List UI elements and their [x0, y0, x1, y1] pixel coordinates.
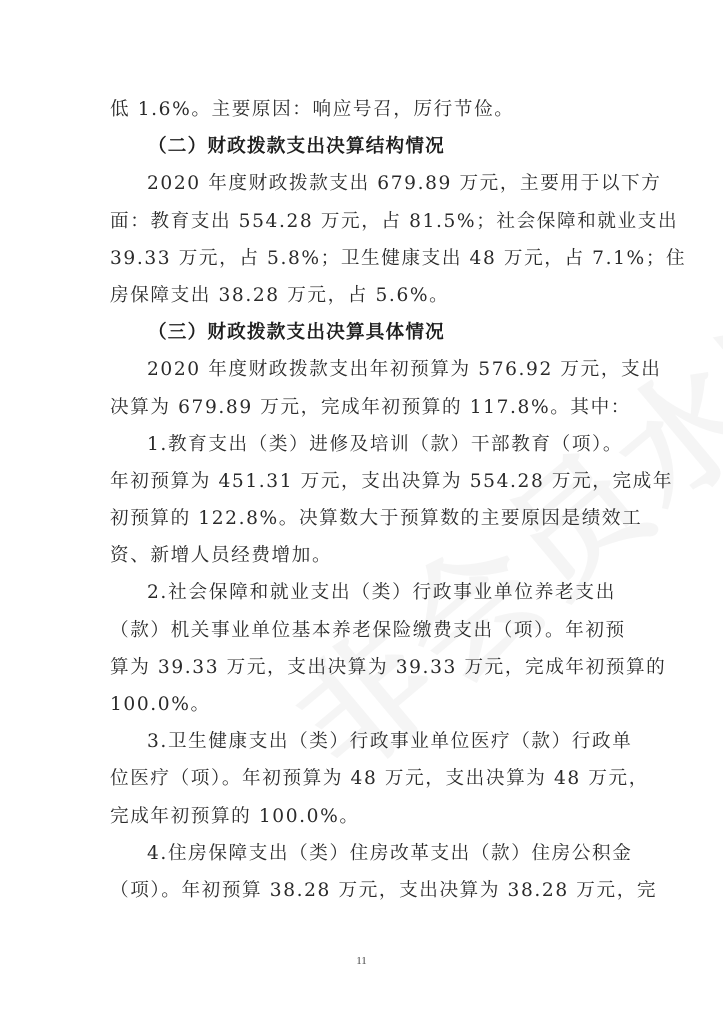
section-heading-details: （三）财政拨款支出决算具体情况 [110, 314, 616, 351]
paragraph-line: 决算为 679.89 万元，完成年初预算的 117.8%。其中： [110, 389, 616, 426]
paragraph-line: 房保障支出 38.28 万元，占 5.6%。 [110, 277, 616, 314]
paragraph-line: 初预算的 122.8%。决算数大于预算数的主要原因是绩效工 [110, 500, 616, 537]
paragraph-line: 100.0%。 [110, 686, 616, 723]
paragraph-line: 2020 年度财政拨款支出 679.89 万元，主要用于以下方 [110, 165, 616, 202]
document-body: 低 1.6%。主要原因：响应号召，厉行节俭。 （二）财政拨款支出决算结构情况 2… [110, 91, 616, 909]
paragraph-line: 完成年初预算的 100.0%。 [110, 798, 616, 835]
paragraph-line: 低 1.6%。主要原因：响应号召，厉行节俭。 [110, 91, 616, 128]
document-page: 非会员水印 低 1.6%。主要原因：响应号召，厉行节俭。 （二）财政拨款支出决算… [0, 0, 723, 1024]
list-item-housing: 4.住房保障支出（类）住房改革支出（款）住房公积金 [110, 835, 616, 872]
paragraph-line: 资、新增人员经费增加。 [110, 537, 616, 574]
page-number: 11 [0, 955, 723, 967]
list-item-health: 3.卫生健康支出（类）行政事业单位医疗（款）行政单 [110, 723, 616, 760]
paragraph-line: 面：教育支出 554.28 万元，占 81.5%；社会保障和就业支出 [110, 203, 616, 240]
paragraph-line: 算为 39.33 万元，支出决算为 39.33 万元，完成年初预算的 [110, 649, 616, 686]
paragraph-line: 2020 年度财政拨款支出年初预算为 576.92 万元，支出 [110, 351, 616, 388]
paragraph-line: 位医疗（项）。年初预算为 48 万元，支出决算为 48 万元， [110, 760, 616, 797]
section-heading-structure: （二）财政拨款支出决算结构情况 [110, 128, 616, 165]
list-item-education: 1.教育支出（类）进修及培训（款）干部教育（项）。 [110, 426, 616, 463]
paragraph-line: （项）。年初预算 38.28 万元，支出决算为 38.28 万元，完 [110, 872, 616, 909]
paragraph-line: 39.33 万元，占 5.8%；卫生健康支出 48 万元，占 7.1%；住 [110, 240, 616, 277]
paragraph-line: 年初预算为 451.31 万元，支出决算为 554.28 万元，完成年 [110, 463, 616, 500]
paragraph-line: （款）机关事业单位基本养老保险缴费支出（项）。年初预 [110, 612, 616, 649]
list-item-social-security: 2.社会保障和就业支出（类）行政事业单位养老支出 [110, 574, 616, 611]
